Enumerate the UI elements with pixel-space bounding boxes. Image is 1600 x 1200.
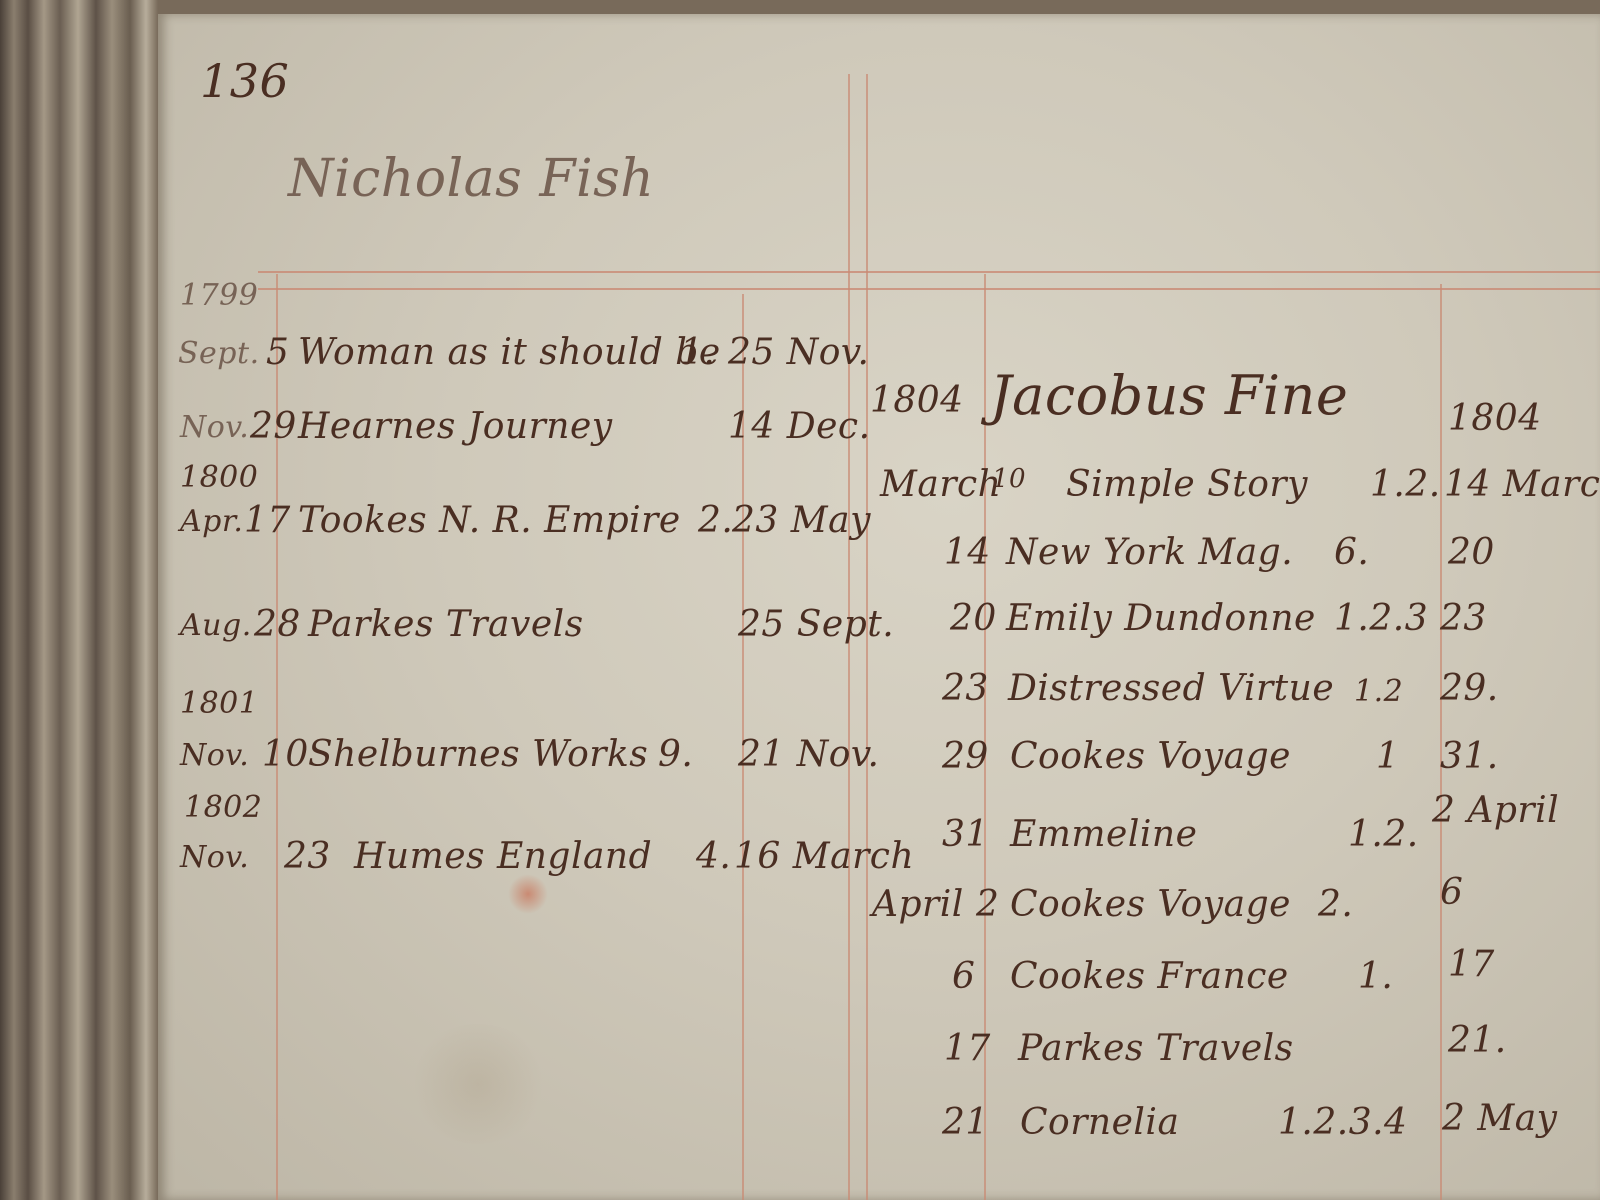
ledger-page: 136 Nicholas Fish 1799 Sept. 5 Woman as …	[158, 14, 1600, 1200]
entry-month: Aug.	[180, 608, 252, 643]
right-account-name: Jacobus Fine	[990, 364, 1348, 427]
entry-returned: 14 March	[1444, 464, 1600, 505]
ink-stain	[508, 874, 548, 914]
entry-title: Parkes Travels	[1018, 1028, 1294, 1069]
entry-returned: 6	[1440, 872, 1463, 913]
entry-volumes: 1.2.	[1348, 814, 1419, 855]
entry-day: 5	[266, 332, 289, 373]
right-year-right: 1804	[1448, 398, 1542, 439]
entry-day: 17	[944, 1028, 991, 1069]
header-rule-top	[258, 271, 1600, 273]
entry-year: 1799	[180, 278, 258, 313]
entry-title: Humes England	[354, 836, 652, 877]
entry-title: Cookes Voyage	[1010, 884, 1291, 925]
page-number: 136	[200, 54, 289, 108]
entry-title: Hearnes Journey	[298, 406, 613, 447]
entry-month: Sept.	[178, 336, 260, 371]
entry-returned: 21.	[1448, 1020, 1507, 1061]
entry-day: 29	[250, 406, 297, 447]
entry-day: 10	[992, 464, 1026, 494]
entry-volumes: 1.2.	[1370, 464, 1441, 505]
right-year-left: 1804	[870, 380, 964, 421]
entry-returned: 2 May	[1442, 1098, 1558, 1139]
entry-returned: 2 April	[1432, 790, 1559, 831]
entry-returned: 25 Nov.	[728, 332, 869, 373]
entry-title: Emmeline	[1010, 814, 1197, 855]
entry-title: Cookes France	[1010, 956, 1289, 997]
entry-day: 21	[942, 1102, 989, 1143]
entry-year: 1801	[180, 686, 258, 721]
entry-volumes: 1.2	[1354, 674, 1403, 709]
entry-day: 23	[942, 668, 989, 709]
entry-month: Apr.	[180, 504, 243, 539]
entry-volumes: 6.	[1334, 532, 1369, 573]
entry-title: Shelburnes Works	[308, 734, 648, 775]
entry-title: Emily Dundonne	[1006, 598, 1316, 639]
entry-month: Nov.	[180, 840, 249, 875]
entry-day: 10	[262, 734, 309, 775]
entry-day: 23	[284, 836, 331, 877]
entry-returned: 23	[1440, 598, 1487, 639]
entry-year: 1802	[184, 790, 262, 825]
entry-day: 20	[950, 598, 997, 639]
left-account-name: Nicholas Fish	[288, 149, 654, 209]
entry-title: Parkes Travels	[308, 604, 584, 645]
entry-year: 1800	[180, 460, 258, 495]
entry-returned: 23 May	[732, 500, 871, 541]
entry-returned: 17	[1448, 944, 1495, 985]
entry-day: 14	[944, 532, 991, 573]
entry-returned: 25 Sept.	[738, 604, 894, 645]
entry-month: April	[872, 884, 964, 925]
entry-title: New York Mag.	[1006, 532, 1293, 573]
entry-volumes: 2.	[698, 500, 733, 541]
entry-volumes: 4.	[696, 836, 731, 877]
water-stain	[408, 1024, 548, 1144]
entry-volumes: 1	[1376, 736, 1399, 777]
entry-month: Nov.	[180, 738, 249, 773]
entry-day: 28	[254, 604, 301, 645]
entry-day: 31	[942, 814, 989, 855]
entry-volumes: 9.	[658, 734, 693, 775]
header-rule-bottom	[258, 288, 1600, 290]
entry-returned: 31.	[1440, 736, 1499, 777]
entry-returned: 14 Dec.	[728, 406, 871, 447]
entry-volumes: 2.	[1318, 884, 1353, 925]
entry-returned: 16 March	[734, 836, 914, 877]
entry-month: March	[880, 464, 1001, 505]
entry-day: 17	[244, 500, 291, 541]
entry-volumes: 1.2.3.4	[1278, 1102, 1407, 1143]
entry-volumes: 1.	[680, 332, 715, 373]
entry-title: Tookes N. R. Empire	[298, 500, 681, 541]
entry-day: 2	[976, 884, 999, 925]
entry-title: Distressed Virtue	[1008, 668, 1334, 709]
entry-title: Cornelia	[1020, 1102, 1179, 1143]
entry-title: Cookes Voyage	[1010, 736, 1291, 777]
entry-month: Nov.	[180, 410, 249, 445]
entry-volumes: 1.	[1358, 956, 1393, 997]
entry-returned: 29.	[1440, 668, 1499, 709]
entry-title: Woman as it should be	[298, 332, 721, 373]
entry-day: 6	[952, 956, 975, 997]
entry-title: Simple Story	[1066, 464, 1308, 505]
entry-volumes: 1.2.3	[1334, 598, 1428, 639]
entry-returned: 20	[1448, 532, 1495, 573]
entry-day: 29	[942, 736, 989, 777]
entry-returned: 21 Nov.	[738, 734, 879, 775]
